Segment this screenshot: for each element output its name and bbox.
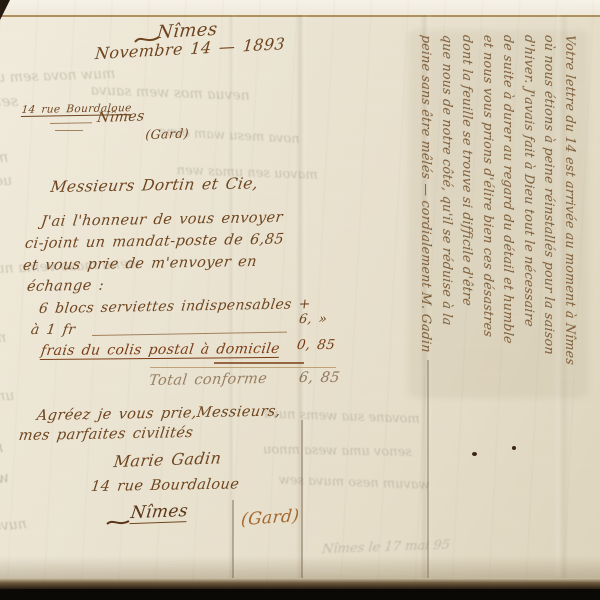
black-background: [0, 589, 600, 600]
signature-department: (Gard): [240, 506, 300, 530]
ink-blot: [472, 452, 477, 456]
total-amount: 6, 85: [298, 370, 341, 386]
order-item-line: à 1 fr: [30, 322, 77, 338]
salutation: Messieurs Dortin et Cie,: [49, 174, 259, 196]
crosswise-annotation: Votre lettre du 14 est arrivée au moment…: [414, 35, 580, 391]
sender-department: (Gard): [145, 125, 190, 142]
paper-edge-shadow: [0, 556, 600, 578]
annotation-line: peine sans être mêlés — cordialement M. …: [416, 34, 437, 392]
ink-blot: [512, 446, 516, 450]
annotation-line: de suite à durer au regard du détail et …: [498, 34, 519, 392]
order-fees-amount: 0, 85: [296, 337, 337, 353]
annotation-line: que nous de notre côté, qu'il se réduise…: [437, 34, 458, 392]
annotation-line: où nous étions à peine réinstallés pour …: [539, 34, 560, 392]
double-underline: [214, 362, 304, 364]
total-rule: [150, 367, 336, 368]
ink-flourish: [106, 512, 130, 531]
body-line: échange :: [26, 278, 105, 295]
closing-line: Agréez je vous prie,: [36, 405, 198, 424]
annotation-line: Votre lettre du 14 est arrivée au moment…: [560, 34, 581, 392]
signature-name: Marie Gadin: [113, 448, 223, 471]
annotation-line: dont la feuille se trouve si difficile d…: [457, 34, 478, 392]
order-fees-label: frais du colis postal à domicile: [40, 341, 281, 360]
ink-dash: [55, 130, 83, 131]
signature-address: 14 rue Bourdaloue: [90, 476, 240, 495]
signature-city: Nîmes: [129, 501, 189, 524]
total-label: Total conforme: [148, 371, 268, 389]
photographed-letter: muw nova sem uova mwen uma semana mura n…: [0, 0, 600, 600]
bleed-through-line: senov uma wesa mnou: [263, 442, 412, 460]
order-item-amount: 6, »: [298, 312, 328, 327]
upper-page-fold-edge: [0, 0, 600, 17]
closing-line: Messieurs,: [196, 404, 282, 422]
sender-city: Nîmes: [96, 108, 145, 126]
annotation-line: d'hiver. J'avais fait à Dieu tout le néc…: [519, 34, 540, 392]
annotation-line: et nous vous prions d'élire bien ces dés…: [478, 34, 499, 392]
closing-line: mes parfaites civilités: [18, 425, 194, 444]
